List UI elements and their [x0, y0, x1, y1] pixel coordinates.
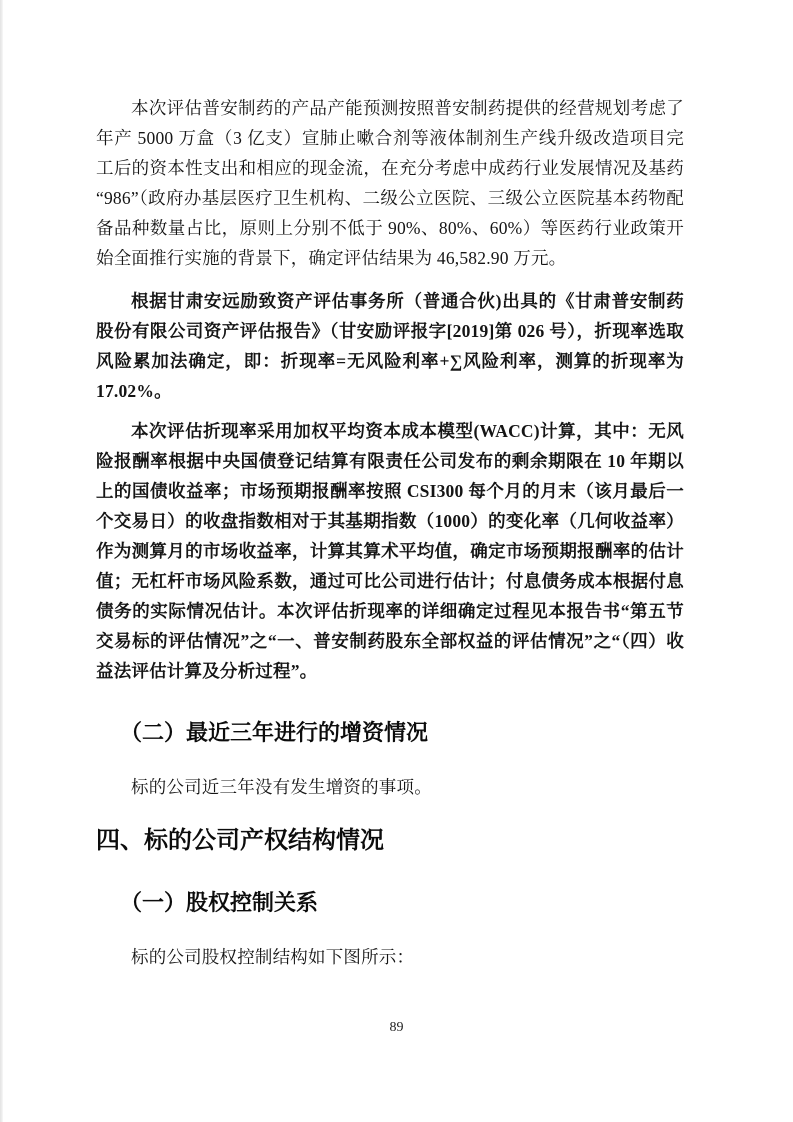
scan-edge-shadow — [0, 0, 3, 1122]
heading-equity-control-section: （一）股权控制关系 — [96, 889, 684, 917]
paragraph-no-capital-increase: 标的公司近三年没有发生增资的事项。 — [96, 772, 684, 802]
paragraph-capacity-forecast: 本次评估普安制药的产品产能预测按照普安制药提供的经营规划考虑了年产 5000 万… — [96, 93, 684, 273]
heading-ownership-structure-chapter: 四、标的公司产权结构情况 — [96, 826, 684, 856]
page-number: 89 — [0, 1018, 793, 1038]
paragraph-wacc-detail: 本次评估折现率采用加权平均资本成本模型(WACC)计算，其中：无风险报酬率根据中… — [96, 416, 684, 686]
paragraph-discount-rate-basis: 根据甘肃安远励致资产评估事务所（普通合伙)出具的《甘肃普安制药股份有限公司资产评… — [96, 286, 684, 406]
paragraph-equity-structure-intro: 标的公司股权控制结构如下图所示： — [96, 942, 684, 972]
document-page: 本次评估普安制药的产品产能预测按照普安制药提供的经营规划考虑了年产 5000 万… — [0, 0, 793, 1122]
page-content: 本次评估普安制药的产品产能预测按照普安制药提供的经营规划考虑了年产 5000 万… — [96, 0, 684, 972]
heading-capital-increase-section: （二）最近三年进行的增资情况 — [96, 719, 684, 747]
